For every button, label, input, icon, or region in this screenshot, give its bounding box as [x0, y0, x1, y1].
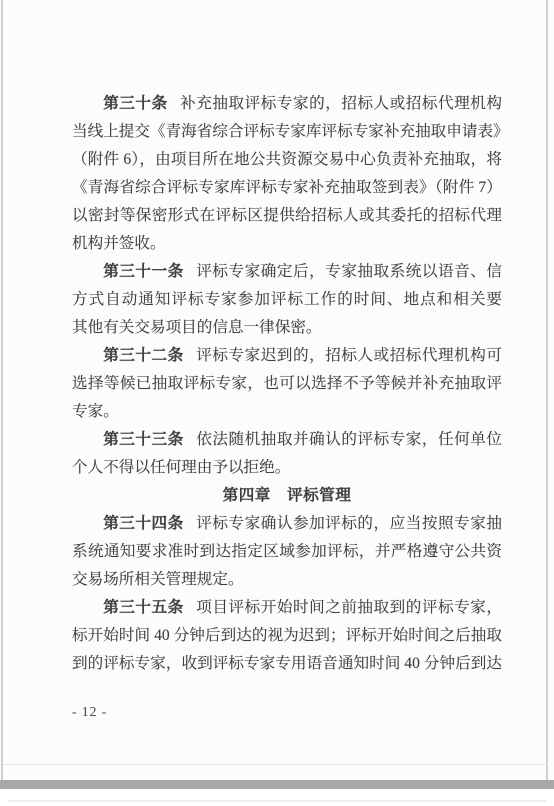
- page-bottom-edge-line: [4, 764, 548, 765]
- text-line: 专家。: [72, 398, 502, 426]
- article-number-label: 第三十条: [103, 95, 167, 112]
- article-31: 第三十一条评标专家确定后，专家抽取系统以语音、信息 方式自动通知评标专家参加评标…: [72, 258, 502, 342]
- chapter-heading: 第四章 评标管理: [72, 482, 502, 510]
- text-line: 以密封等保密形式在评标区提供给招标人或其委托的招标代理: [72, 202, 502, 230]
- text-line: 第三十三条依法随机抽取并确认的评标专家，任何单位和: [72, 426, 502, 454]
- text-line: 第三十条补充抽取评标专家的，招标人或招标代理机构应: [72, 90, 502, 118]
- article-number-label: 第三十五条: [103, 599, 184, 616]
- document-text-block: 第三十条补充抽取评标专家的，招标人或招标代理机构应 当线上提交《青海省综合评标专…: [72, 90, 502, 678]
- article-35: 第三十五条项目评标开始时间之前抽取到的评标专家，评 标开始时间 40 分钟后到达…: [72, 594, 502, 678]
- text-line: 当线上提交《青海省综合评标专家库评标专家补充抽取申请表》: [72, 118, 502, 146]
- scanned-page: 第三十条补充抽取评标专家的，招标人或招标代理机构应 当线上提交《青海省综合评标专…: [0, 0, 554, 806]
- text-line: 个人不得以任何理由予以拒绝。: [72, 454, 502, 482]
- page-edge-line-right: [546, 0, 548, 780]
- text-line: 第三十二条评标专家迟到的，招标人或招标代理机构可以: [72, 342, 502, 370]
- article-30: 第三十条补充抽取评标专家的，招标人或招标代理机构应 当线上提交《青海省综合评标专…: [72, 90, 502, 258]
- text-line: 第三十四条评标专家确认参加评标的，应当按照专家抽取: [72, 510, 502, 538]
- text-line: 方式自动通知评标专家参加评标工作的时间、地点和相关要求，: [72, 286, 502, 314]
- text-line: 第三十五条项目评标开始时间之前抽取到的评标专家，评: [72, 594, 502, 622]
- page-edge-line-left: [1, 0, 3, 780]
- next-page-top-strip: [0, 789, 554, 806]
- text-line: （附件 6），由项目所在地公共资源交易中心负责补充抽取，将: [72, 146, 502, 174]
- page-separator-bar: [0, 780, 554, 789]
- text-line: 第三十一条评标专家确定后，专家抽取系统以语音、信息: [72, 258, 502, 286]
- text-line: 交易场所相关管理规定。: [72, 566, 502, 594]
- article-32: 第三十二条评标专家迟到的，招标人或招标代理机构可以 选择等候已抽取评标专家，也可…: [72, 342, 502, 426]
- text-line: 标开始时间 40 分钟后到达的视为迟到；评标开始时间之后抽取: [72, 622, 502, 650]
- article-34: 第三十四条评标专家确认参加评标的，应当按照专家抽取 系统通知要求准时到达指定区域…: [72, 510, 502, 594]
- text-line: 选择等候已抽取评标专家，也可以选择不予等候并补充抽取评标: [72, 370, 502, 398]
- article-number-label: 第三十二条: [103, 347, 184, 364]
- text-line: 机构并签收。: [72, 230, 502, 258]
- text-line: 《青海省综合评标专家库评标专家补充抽取签到表》（附件 7）: [72, 174, 502, 202]
- page-number: - 12 -: [72, 703, 107, 720]
- next-page-faint-line: [8, 800, 546, 802]
- text-line: 其他有关交易项目的信息一律保密。: [72, 314, 502, 342]
- article-number-label: 第三十四条: [103, 515, 184, 532]
- article-33: 第三十三条依法随机抽取并确认的评标专家，任何单位和 个人不得以任何理由予以拒绝。: [72, 426, 502, 482]
- text-line: 系统通知要求准时到达指定区域参加评标，并严格遵守公共资源: [72, 538, 502, 566]
- article-number-label: 第三十三条: [103, 431, 184, 448]
- text-line: 到的评标专家，收到评标专家专用语音通知时间 40 分钟后到达: [72, 650, 502, 678]
- article-number-label: 第三十一条: [103, 263, 184, 280]
